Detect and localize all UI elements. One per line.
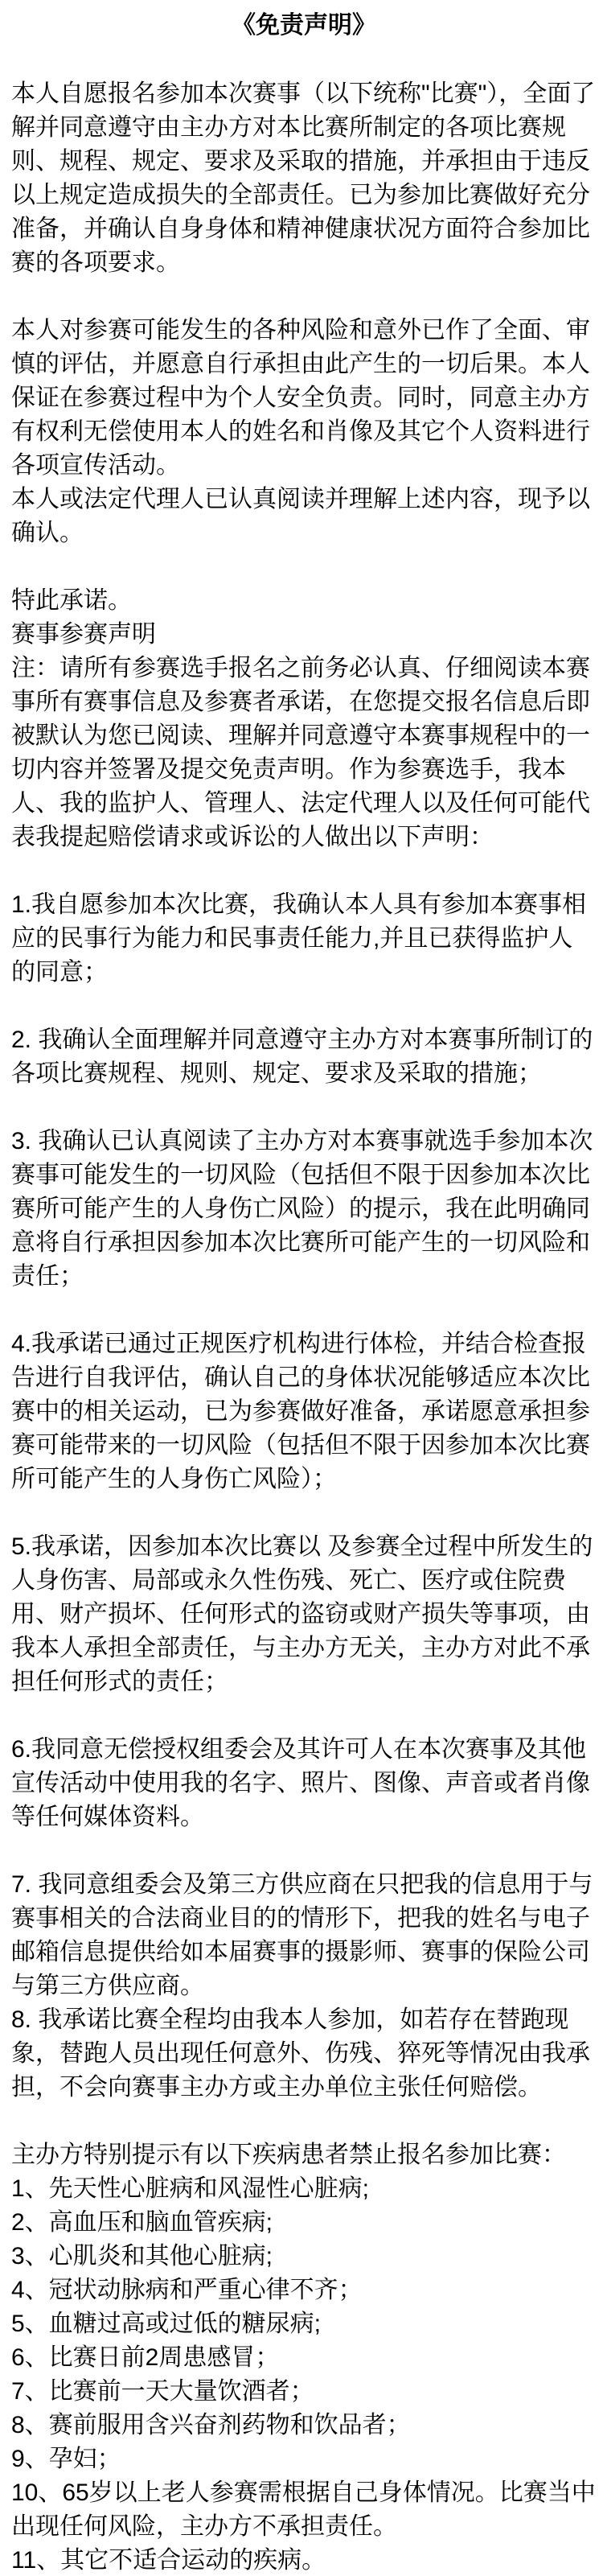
disclaimer-document: 《免责声明》 本人自愿报名参加本次赛事（以下统称"比赛"），全面了解并同意遵守由… bbox=[0, 0, 603, 2576]
page-title: 《免责声明》 bbox=[11, 8, 597, 43]
document-body: 本人自愿报名参加本次赛事（以下统称"比赛"），全面了解并同意遵守由主办方对本比赛… bbox=[11, 77, 597, 2576]
